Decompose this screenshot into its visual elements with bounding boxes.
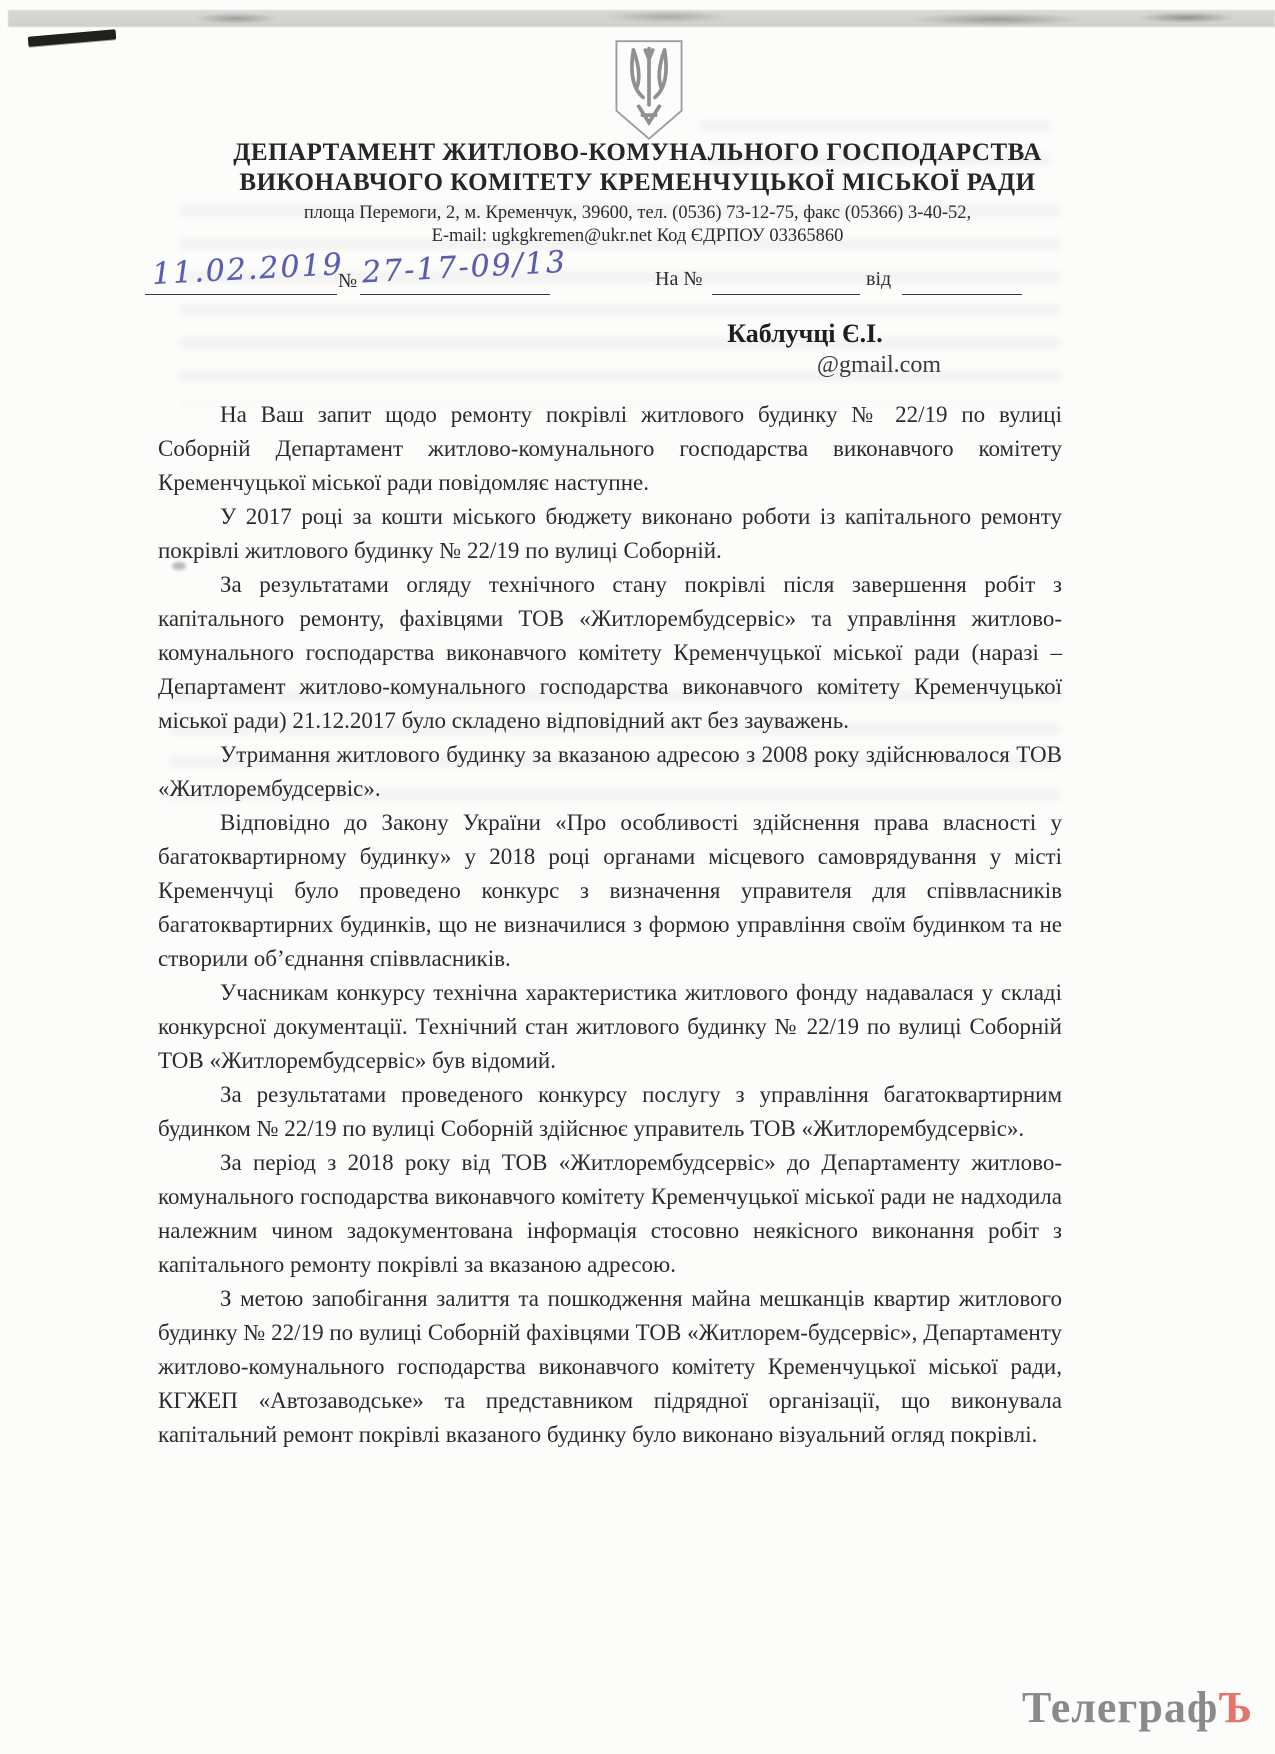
body-paragraph: Утримання житлового будинку за вказаною … <box>158 738 1062 806</box>
scan-edge-band <box>8 10 1275 27</box>
recipient-name: Каблучці Є.І. <box>655 318 955 350</box>
org-name-line1: ДЕПАРТАМЕНТ ЖИТЛОВО-КОМУНАЛЬНОГО ГОСПОДА… <box>0 138 1275 168</box>
recipient-block: Каблучці Є.І. @gmail.com <box>655 318 955 380</box>
handwritten-date: 11.02.2019 <box>151 247 344 292</box>
reply-to-label: На № <box>655 268 702 291</box>
body-paragraph: Учасникам конкурсу технічна характеристи… <box>158 976 1062 1078</box>
body-paragraph: У 2017 році за кошти міського бюджету ви… <box>158 500 1062 568</box>
number-sign: № <box>338 270 357 293</box>
watermark-text-gray: Телеграф <box>1022 1683 1218 1732</box>
date-blank-line <box>145 294 337 295</box>
org-address: площа Перемоги, 2, м. Кременчук, 39600, … <box>0 202 1275 225</box>
reply-to-blank-line <box>712 294 860 295</box>
telegraf-watermark: ТелеграфЪ <box>1022 1682 1253 1733</box>
letter-body: На Ваш запит щодо ремонту покрівлі житло… <box>158 398 1062 1452</box>
org-name-line2: ВИКОНАВЧОГО КОМІТЕТУ КРЕМЕНЧУЦЬКОЇ МІСЬК… <box>0 168 1275 198</box>
body-paragraph: За період з 2018 року від ТОВ «Житлоремб… <box>158 1146 1062 1282</box>
scan-corner-mark <box>28 29 117 47</box>
org-contacts: E-mail: ugkgkremen@ukr.net Код ЄДРПОУ 03… <box>0 225 1275 248</box>
body-paragraph: За результатами огляду технічного стану … <box>158 568 1062 738</box>
reply-from-blank-line <box>902 294 1022 295</box>
scanned-letter-page: ДЕПАРТАМЕНТ ЖИТЛОВО-КОМУНАЛЬНОГО ГОСПОДА… <box>0 0 1275 1754</box>
recipient-email: @gmail.com <box>655 350 955 380</box>
ukraine-trident-coat-of-arms-icon <box>612 38 686 142</box>
reply-from-label: від <box>866 268 891 291</box>
body-paragraph: За результатами проведеного конкурсу пос… <box>158 1078 1062 1146</box>
body-paragraph: На Ваш запит щодо ремонту покрівлі житло… <box>158 398 1062 500</box>
watermark-text-red: Ъ <box>1218 1683 1253 1732</box>
letterhead: ДЕПАРТАМЕНТ ЖИТЛОВО-КОМУНАЛЬНОГО ГОСПОДА… <box>0 138 1275 248</box>
number-blank-line <box>360 294 550 295</box>
body-paragraph: Відповідно до Закону України «Про особли… <box>158 806 1062 976</box>
reference-row: 11.02.2019 № 27-17-09/13 На № від <box>0 252 1275 308</box>
handwritten-outgoing-number: 27-17-09/13 <box>361 245 568 291</box>
body-paragraph: З метою запобігання залиття та пошкоджен… <box>158 1282 1062 1452</box>
